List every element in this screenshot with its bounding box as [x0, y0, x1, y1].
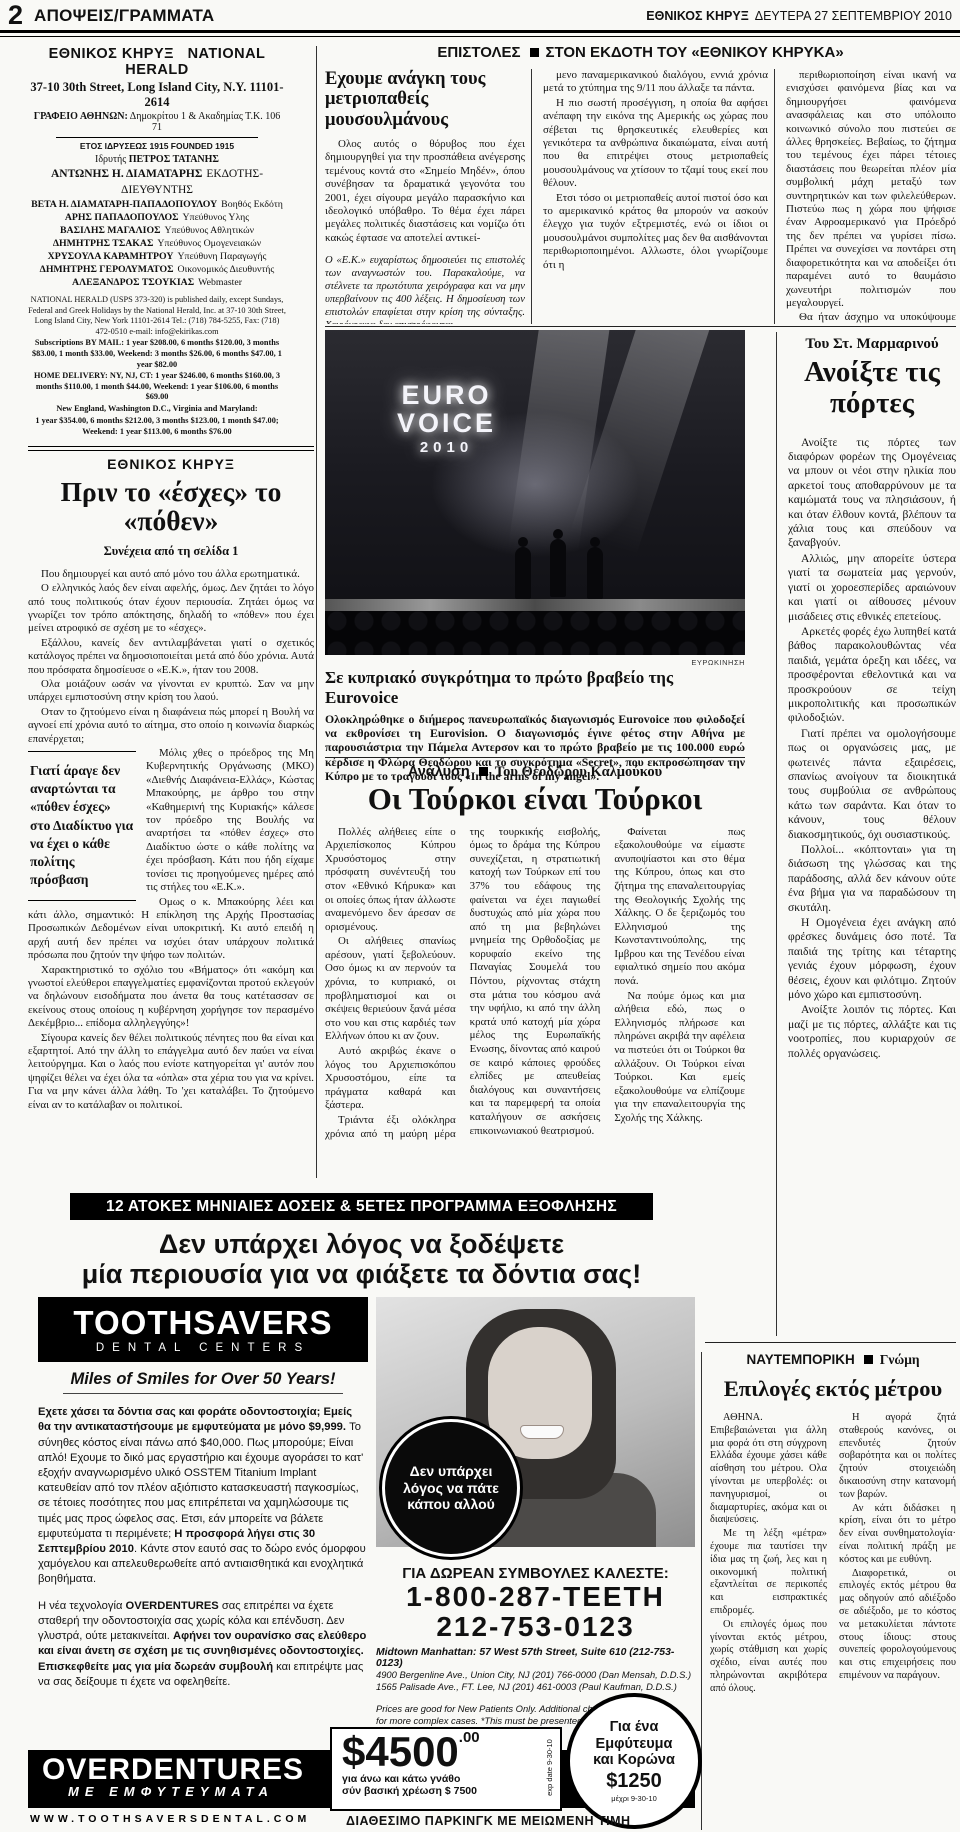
ad-parking-note: ΔΙΑΘΕΣΙΜΟ ΠΑΡΚΙΝΓΚ ΜΕ ΜΕΙΩΜΕΝΗ ΤΙΜΗ: [346, 1814, 695, 1828]
vertical-rule-right: [776, 332, 777, 1336]
offer-line: Για ένα: [610, 1719, 659, 1736]
paragraph: Οι αλήθειες σπανίως αρέσουν, γιατί ξεβολ…: [325, 935, 456, 1044]
naftemporiki-body: ΑΘΗΝΑ. Επιβεβαιώνεται για άλλη μια φορά …: [710, 1412, 956, 1812]
ad-right-column: Δεν υπάρχειλόγος να πάτεκάπου αλλού ΓΙΑ …: [376, 1297, 695, 1727]
letters-section: ΕΠΙΣΤΟΛΕΣΣΤΟΝ ΕΚΔΟΤΗ ΤΟΥ «ΕΘΝΙΚΟΥ ΚΗΡΥΚΑ…: [325, 44, 956, 324]
paragraph: Γιατί πρέπει να ομολογήσουμε πως οι οργα…: [788, 727, 956, 842]
photo-face: [488, 1327, 592, 1459]
ad-text-segment: Η νέα τεχνολογία: [38, 1600, 126, 1612]
letters-editor-note: Ο «Ε.Κ.» ευχαρίστως δημοσιεύει τις επιστ…: [325, 254, 525, 324]
caption-headline: Σε κυπριακό συγκρότημα το πρώτο βραβείο …: [325, 668, 745, 708]
ad-phone-1: 1-800-287-TEETH: [376, 1582, 695, 1612]
paragraph: Οι επιλογές όμως που γίνονται εκτός μέτρ…: [710, 1619, 827, 1696]
smiling-woman-photo: Δεν υπάρχειλόγος να πάτεκάπου αλλού: [376, 1297, 695, 1547]
header-rule-thick: [0, 30, 960, 33]
eurovoice-sign: EURO VOICE 2010: [397, 382, 496, 456]
letters-columns: Εχουμε ανάγκη τους μετριοπαθείς μουσουλμ…: [325, 69, 956, 324]
masthead-staff-line: ΒΕΤΑ Η. ΔΙΑΜΑΤΑΡΗ-ΠΑΠΑΔΟΠΟΥΛΟΥΒοηθός Εκδ…: [28, 198, 286, 211]
ad-text-segment: Το σύνηθες κόστος είναι πάνω από $40,000…: [38, 1421, 363, 1539]
paragraph: Χαρακτηριστικό το σχόλιο του «Βήματος» ό…: [28, 964, 314, 1031]
editorial-body-a: Που δημιουργεί και αυτό από μόνο του άλλ…: [28, 568, 314, 746]
paragraph: Οταν το ζητούμενο είναι η διαφάνεια πώς …: [28, 706, 314, 746]
ad-phone-2: 212-753-0123: [376, 1612, 695, 1642]
ad-headline-line2: μία περιουσία για να φιάξετε τα δόντια σ…: [28, 1259, 695, 1289]
performer-silhouette: [515, 547, 531, 599]
logo-subtitle: DENTAL CENTERS: [44, 1342, 362, 1354]
paragraph: Η αγορά ζητά σταθερούς κανόνες, οι επενδ…: [839, 1412, 956, 1502]
edition-date: ΔΕΥΤΕΡΑ 27 ΣΕΠΤΕΜΒΡΙΟΥ 2010: [755, 9, 952, 23]
letter-headline: Εχουμε ανάγκη τους μετριοπαθείς μουσουλμ…: [325, 69, 525, 130]
letters-kicker-label: ΕΠΙΣΤΟΛΕΣ: [437, 44, 520, 61]
paragraph: Αρκετές φορές έχω λυπηθεί κατά βάθος παρ…: [788, 625, 956, 726]
masthead-athens-office: ΓΡΑΦΕΙΟ ΑΘΗΝΩΝ: Δημοκρίτου 1 & Ακαδημίας…: [28, 111, 286, 133]
masthead-double-rule: [28, 446, 314, 451]
letters-kicker: ΕΠΙΣΤΟΛΕΣΣΤΟΝ ΕΚΔΟΤΗ ΤΟΥ «ΕΘΝΙΚΟΥ ΚΗΡΥΚΑ…: [325, 44, 956, 61]
masthead-title-gr: ΕΘΝΙΚΟΣ ΚΗΡΥΞ: [49, 46, 174, 62]
price-box: $4500.00 για άνω και κάτω γνάθο σύν βασι…: [330, 1727, 562, 1811]
tagline-rule: [63, 1393, 344, 1394]
paragraph: Η πιο σωστή προσέγγιση, η οποία θα αφήσε…: [543, 97, 768, 191]
masthead-staff-line: ΑΝΤΩΝΗΣ Η. ΔΙΑΜΑΤΑΡΗΣΕΚΔΟΤΗΣ-ΔΙΕΥΘΥΝΤΗΣ: [28, 166, 286, 198]
offer-line: και Κορώνα: [593, 1752, 675, 1769]
paragraph: Με τη λέξη «μέτρα» έχουμε πια ταυτίσει τ…: [710, 1528, 827, 1618]
masthead-legal-line: HOME DELIVERY: NY, NJ, CT: 1 year $246.0…: [28, 371, 286, 403]
paragraph: Ολος αυτός ο θόρυβος που έχει δημιουργηθ…: [325, 138, 525, 245]
page-section-title: ΑΠΟΨΕΙΣ/ΓΡΑΜΜΑΤΑ: [34, 6, 214, 26]
paragraph: περιθωριοποίηση είναι ικανή να ενισχύσει…: [786, 69, 956, 310]
paragraph: Αν κάτι διδάσκει η κρίση, είναι ότι το μ…: [839, 1503, 956, 1567]
paragraph: Θα ήταν άσχημο να υποκύψουμε και εμείς σ…: [786, 311, 956, 324]
section-bullet: [864, 1355, 873, 1364]
masthead-founder: Ιδρυτής ΠΕΤΡΟΣ ΤΑΤΑΝΗΣ: [28, 154, 286, 165]
analysis-article: ΑνάλυσηΤου Θεοδώρου Καλμούκου Οι Τούρκοι…: [325, 764, 745, 1178]
paragraph: Ανοίξτε λοιπόν τις πόρτες. Και μαζί με τ…: [788, 1003, 956, 1061]
paragraph: Ετσι τόσο οι μετριοπαθείς αυτοί πιστοί ό…: [543, 192, 768, 272]
opinion-column: Του Στ. Μαρμαρινού Ανοίξτε τις πόρτες Αν…: [788, 336, 956, 1336]
paragraph: ΑΘΗΝΑ. Επιβεβαιώνεται για άλλη μια φορά …: [710, 1412, 827, 1527]
masthead-staff-line: ΒΑΣΙΛΗΣ ΜΑΓΑΛΙΟΣΥπεύθυνος Αθλητικών: [28, 224, 286, 237]
letters-column-1: Εχουμε ανάγκη τους μετριοπαθείς μουσουλμ…: [325, 69, 525, 324]
dental-advertisement: 12 ΑΤΟΚΕΣ ΜΗΝΙΑΙΕΣ ΔΟΣΕΙΣ & 5ΕΤΕΣ ΠΡΟΓΡΑ…: [28, 1185, 695, 1832]
stage-edge-lights: [325, 599, 745, 611]
implant-crown-offer-badge: Για ένα Εμφύτευμα και Κορώνα $1250 μέχρι…: [566, 1693, 702, 1829]
letters-column-2: μενο παναμερικανικού διαλόγου, εννιά χρό…: [531, 69, 768, 324]
offer-price: $1250: [606, 1770, 662, 1793]
audience-silhouettes: [325, 611, 745, 655]
badge-line: Δεν υπάρχει: [410, 1463, 493, 1480]
ad-banner: 12 ΑΤΟΚΕΣ ΜΗΝΙΑΙΕΣ ΔΟΣΕΙΣ & 5ΕΤΕΣ ΠΡΟΓΡΑ…: [70, 1193, 653, 1220]
paragraph: Που δημιουργεί και αυτό από μόνο του άλλ…: [28, 568, 314, 581]
paragraph: Ανοίξτε τις πόρτες των διαφόρων φορέων τ…: [788, 436, 956, 551]
letter-body-col3: περιθωριοποίηση είναι ικανή να ενισχύσει…: [786, 69, 956, 324]
masthead-staff-line: ΑΛΕΞΑΝΔΡΟΣ ΤΣΟΥΚΙΑΣWebmaster: [28, 276, 286, 289]
masthead-address: 37-10 30th Street, Long Island City, N.Y…: [28, 80, 286, 110]
overdentures-subtitle: ΜΕ ΕΜΦΥΤΕΥΜΑΤΑ: [68, 1784, 274, 1799]
masthead-staff-list: ΑΝΤΩΝΗΣ Η. ΔΙΑΜΑΤΑΡΗΣΕΚΔΟΤΗΣ-ΔΙΕΥΘΥΝΤΗΣΒ…: [28, 166, 286, 289]
analysis-byline: Του Θεοδώρου Καλμούκου: [495, 764, 662, 780]
naftemporiki-top-rule: [705, 1342, 956, 1343]
masthead-title: ΕΘΝΙΚΟΣ ΚΗΡΥΞ NATIONAL HERALD: [28, 46, 286, 78]
paragraph: Να πούμε όμως και μια αλήθεια εδώ, πως ο…: [614, 990, 745, 1126]
logo-wordmark: TOOTHSAVERS: [44, 1306, 362, 1339]
offer-expiration: μέχρι 9-30-10: [611, 1794, 656, 1803]
paragraph: Αλλιώς, μην απορείτε ύστερα γιατί τα σωμ…: [788, 552, 956, 624]
athens-office-address: Δημοκρίτου 1 & Ακαδημίας Τ.Κ. 106 71: [130, 111, 280, 133]
opinion-headline: Ανοίξτε τις πόρτες: [788, 357, 956, 420]
overdentures-wordmark: OVERDENTURES: [42, 1753, 304, 1787]
naftemporiki-kicker-label: ΝΑΥΤΕΜΠΟΡΙΚΗ: [746, 1352, 854, 1367]
naftemporiki-section: ΝΑΥΤΕΜΠΟΡΙΚΗΓνώμη Επιλογές εκτός μέτρου …: [710, 1352, 956, 1830]
price-expiration: exp date 9-30-10: [545, 1739, 554, 1796]
analysis-kicker-label: Ανάλυση: [408, 764, 470, 780]
ad-call-label: ΓΙΑ ΔΩΡΕΑΝ ΣΥΜΒΟΥΛΕΣ ΚΑΛΕΣΤΕ:: [376, 1565, 695, 1582]
vertical-rule-left: [316, 46, 317, 1178]
opinion-byline: Του Στ. Μαρμαρινού: [788, 336, 956, 353]
athens-office-label: ΓΡΑΦΕΙΟ ΑΘΗΝΩΝ:: [34, 111, 128, 122]
ad-body-paragraph-1: Εχετε χάσει τα δόντια σας και φοράτε οδο…: [38, 1405, 368, 1587]
masthead: ΕΘΝΙΚΟΣ ΚΗΡΥΞ NATIONAL HERALD 37-10 30th…: [28, 46, 286, 444]
letter-body-col2: μενο παναμερικανικού διαλόγου, εννιά χρό…: [543, 69, 768, 272]
masthead-legal-block: NATIONAL HERALD (USPS 373-320) is publis…: [28, 295, 286, 444]
paragraph: Φαίνεται πως εξακολουθούμε να είμαστε αν…: [614, 826, 745, 989]
masthead-legal-line: NATIONAL HERALD (USPS 373-320) is publis…: [28, 295, 286, 337]
editorial-pull-quote: Γιατί άραγε δεν αναρτώνται τα «πόθεν έσχ…: [28, 751, 136, 901]
masthead-legal-line: New England, Washington D.C., Virginia a…: [28, 404, 286, 415]
masthead-legal-line: 1 year $354.00, 6 months $212.00, 3 mont…: [28, 416, 286, 427]
masthead-staff-line: ΑΡΗΣ ΠΑΠΑΔΟΠΟΥΛΟΣΥπεύθυνος Υλης: [28, 211, 286, 224]
paragraph: Εξάλλου, κανείς δεν αντιλαμβάνεται γιατί…: [28, 637, 314, 677]
letters-kicker-sub: ΣΤΟΝ ΕΚΔΟΤΗ ΤΟΥ «ΕΘΝΙΚΟΥ ΚΗΡΥΚΑ»: [546, 44, 844, 61]
paragraph: Διαφορετικά, οι επιλογές εκτός μέτρου θα…: [839, 1568, 956, 1683]
section-bullet: [479, 767, 488, 776]
header-rule-thin: [0, 36, 960, 37]
analysis-kicker: ΑνάλυσηΤου Θεοδώρου Καλμούκου: [325, 764, 745, 781]
ad-left-column: TOOTHSAVERS DENTAL CENTERS Miles of Smil…: [38, 1297, 368, 1701]
price-amount: $4500: [342, 1731, 459, 1773]
masthead-staff-line: ΔΗΜΗΤΡΗΣ ΓΕΡΟΛΥΜΑΤΟΣΟικονομικός Διευθυντ…: [28, 263, 286, 276]
editorial-article: ΕΘΝΙΚΟΣ ΚΗΡΥΞ Πριν το «έσχες» το «πόθεν»…: [28, 456, 314, 1178]
paragraph: Πολλές αλήθειες είπε ο Αρχιεπίσκοπος Κύπ…: [325, 826, 456, 935]
sign-text: VOICE: [397, 410, 496, 438]
continued-from-page-note: Συνέχεια από τη σελίδα 1: [28, 544, 314, 559]
masthead-legal-line: Subscriptions BY MAIL: 1 year $208.00, 6…: [28, 338, 286, 370]
letters-bottom-rule: [325, 326, 956, 327]
price-note-1: για άνω και κάτω γνάθο: [342, 1773, 560, 1785]
letter-body-col1: Ολος αυτός ο θόρυβος που έχει δημιουργηθ…: [325, 138, 525, 245]
no-reason-badge: Δεν υπάρχειλόγος να πάτεκάπου αλλού: [382, 1419, 520, 1557]
photo-credit: ΕΥΡΩΚΙΝΗΣΗ: [325, 658, 745, 667]
paragraph: Ο ελληνικός λαός δεν είναι αφελής, όμως.…: [28, 582, 314, 636]
masthead-staff-line: ΔΗΜΗΤΡΗΣ ΤΣΑΚΑΣΥπεύθυνος Ομογενειακών: [28, 237, 286, 250]
page-number: 2: [8, 0, 23, 31]
paragraph: Η Ομογένεια έχει ανάγκη από φρέσκες δυνά…: [788, 916, 956, 1002]
ad-text-segment: Εχετε χάσει τα δόντια σας και φοράτε οδο…: [38, 1406, 352, 1433]
ad-body-paragraph-2: Η νέα τεχνολογία OVERDENTURES σας επιτρέ…: [38, 1599, 368, 1690]
section-bullet: [530, 48, 539, 57]
editorial-body: Που δημιουργεί και αυτό από μόνο του άλλ…: [28, 568, 314, 1112]
ad-text-segment: OVERDENTURES: [126, 1600, 219, 1612]
sign-text: EURO: [397, 382, 496, 410]
masthead-legal-line: Weekend: 1 year $113.00, 6 months $76.00: [28, 427, 286, 438]
ad-address-2: 4900 Bergenline Ave., Union City, NJ (20…: [376, 1669, 695, 1681]
paragraph: Ομως ο κ. Μπακούρης λέει και κάτι άλλο, …: [28, 896, 314, 963]
editorial-brand: ΕΘΝΙΚΟΣ ΚΗΡΥΞ: [28, 456, 314, 472]
toothsavers-logo: TOOTHSAVERS DENTAL CENTERS: [38, 1297, 368, 1362]
sign-year: 2010: [397, 439, 496, 456]
paragraph: Αυτό ακριβώς έκανε ο λόγος του Αρχιεπισκ…: [325, 1045, 456, 1113]
ad-website: WWW.TOOTHSAVERSDENTAL.COM: [30, 1813, 330, 1825]
ad-headline: Δεν υπάρχει λόγος να ξοδέψετε μία περιου…: [28, 1229, 695, 1289]
performer-silhouette: [550, 539, 566, 597]
letters-column-3: περιθωριοποίηση είναι ικανή να ενισχύσει…: [774, 69, 956, 324]
founder-label: Ιδρυτής: [95, 154, 126, 165]
masthead-staff-line: ΧΡΥΣΟΥΛΑ ΚΑΡΑΜΗΤΡΟΥΥπεύθυνη Παραγωγής: [28, 250, 286, 263]
page-header: 2 ΑΠΟΨΕΙΣ/ΓΡΑΜΜΑΤΑ ΕΘΝΙΚΟΣ ΚΗΡΥΞΔΕΥΤΕΡΑ …: [0, 0, 960, 30]
performer-silhouette: [587, 547, 603, 599]
paragraph: Σίγουρα κανείς δεν θέλει πολιτικούς πένη…: [28, 1032, 314, 1112]
offer-line: Εμφύτευμα: [596, 1736, 673, 1753]
opinion-body: Ανοίξτε τις πόρτες των διαφόρων φορέων τ…: [788, 436, 956, 1061]
naftemporiki-kicker: ΝΑΥΤΕΜΠΟΡΙΚΗΓνώμη: [710, 1352, 956, 1368]
page-date: ΕΘΝΙΚΟΣ ΚΗΡΥΞΔΕΥΤΕΡΑ 27 ΣΕΠΤΕΜΒΡΙΟΥ 2010: [646, 9, 952, 23]
naftemporiki-headline: Επιλογές εκτός μέτρου: [710, 1376, 956, 1402]
price-note-2: σύν βασική χρέωση $ 7500: [342, 1785, 560, 1797]
ad-address-1: Midtown Manhattan: 57 West 57th Street, …: [376, 1647, 695, 1669]
masthead-founded: ΕΤΟΣ ΙΔΡΥΣΕΩΣ 1915 FOUNDED 1915: [56, 137, 257, 151]
price-cents: .00: [459, 1729, 480, 1746]
paragraph: Πολλοί... «κόπτονται» για τη διάσωση της…: [788, 843, 956, 915]
ad-headline-line1: Δεν υπάρχει λόγος να ξοδέψετε: [28, 1229, 695, 1259]
paragraph: μενο παναμερικανικού διαλόγου, εννιά χρό…: [543, 69, 768, 96]
badge-line: λόγος να πάτε: [403, 1480, 499, 1497]
editorial-headline: Πριν το «έσχες» το «πόθεν»: [28, 478, 314, 536]
photo-smile: [520, 1425, 564, 1439]
eurovoice-stage-photo: EURO VOICE 2010: [325, 330, 745, 655]
ad-tagline: Miles of Smiles for Over 50 Years!: [38, 1370, 368, 1389]
ad-address-3: 1565 Palisade Ave., FT. Lee, NJ (201) 46…: [376, 1681, 695, 1693]
paragraph: Ολα μοιάζουν ωσάν να γίνονται εν κρυπτώ.…: [28, 678, 314, 705]
badge-line: κάπου αλλού: [407, 1496, 495, 1513]
analysis-body: Πολλές αλήθειες είπε ο Αρχιεπίσκοπος Κύπ…: [325, 826, 745, 1166]
edition-name: ΕΘΝΙΚΟΣ ΚΗΡΥΞ: [646, 9, 748, 23]
analysis-headline: Οι Τούρκοι είναι Τούρκοι: [325, 783, 745, 816]
caption-bottom-rule: [325, 757, 745, 758]
founder-name: ΠΕΤΡΟΣ ΤΑΤΑΝΗΣ: [129, 154, 219, 165]
naftemporiki-kicker-sub: Γνώμη: [880, 1352, 920, 1367]
